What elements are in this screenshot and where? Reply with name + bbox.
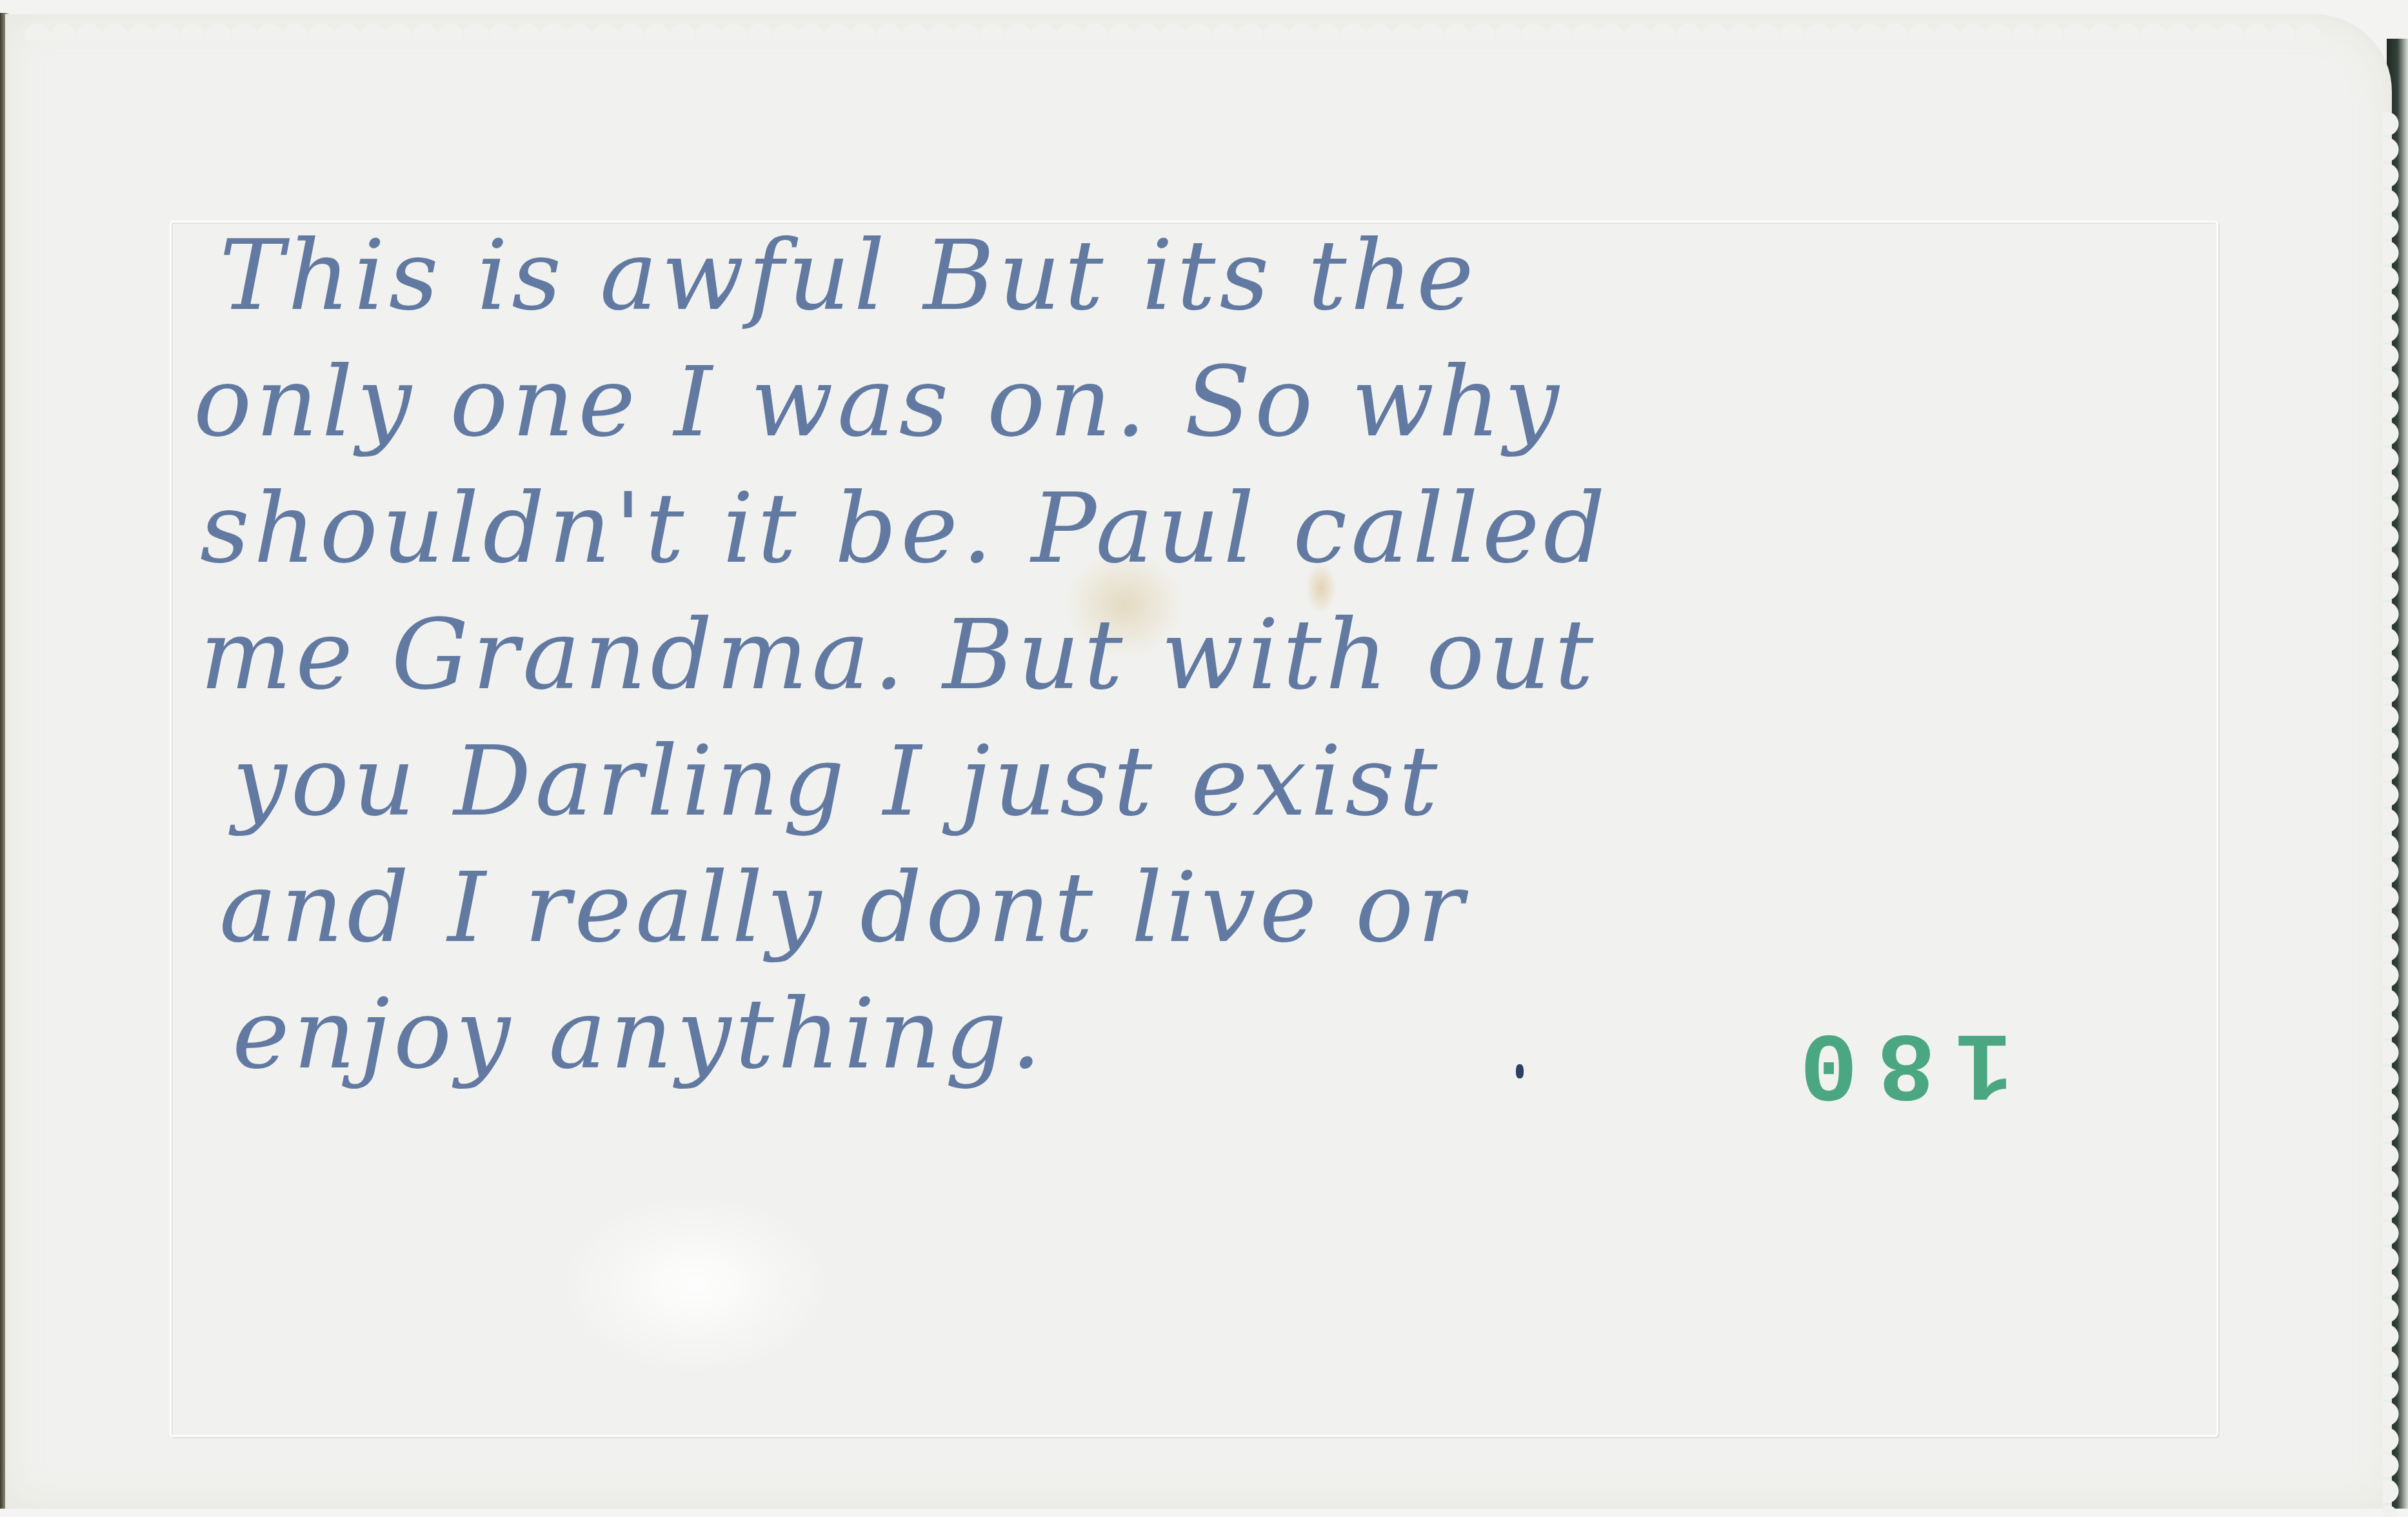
note-line-1: This is awful But its the xyxy=(194,213,2258,339)
scalloped-right-edge xyxy=(2383,111,2408,1509)
note-line-6: and I really dont live or xyxy=(194,845,2258,971)
note-line-5: you Darling I just exist xyxy=(194,719,2258,845)
scuff-mark xyxy=(560,1195,831,1375)
note-line-4: me Grandma. But with out xyxy=(194,592,2258,719)
number-stamp: 180 xyxy=(1780,1006,2013,1116)
handwritten-note: This is awful But its the only one I was… xyxy=(194,213,2258,1098)
note-line-2: only one I was on. So why xyxy=(194,339,2258,466)
note-line-3: shouldn't it be. Paul called xyxy=(194,466,2258,592)
scalloped-top-edge xyxy=(25,14,2321,40)
ink-dot xyxy=(1516,1064,1524,1078)
